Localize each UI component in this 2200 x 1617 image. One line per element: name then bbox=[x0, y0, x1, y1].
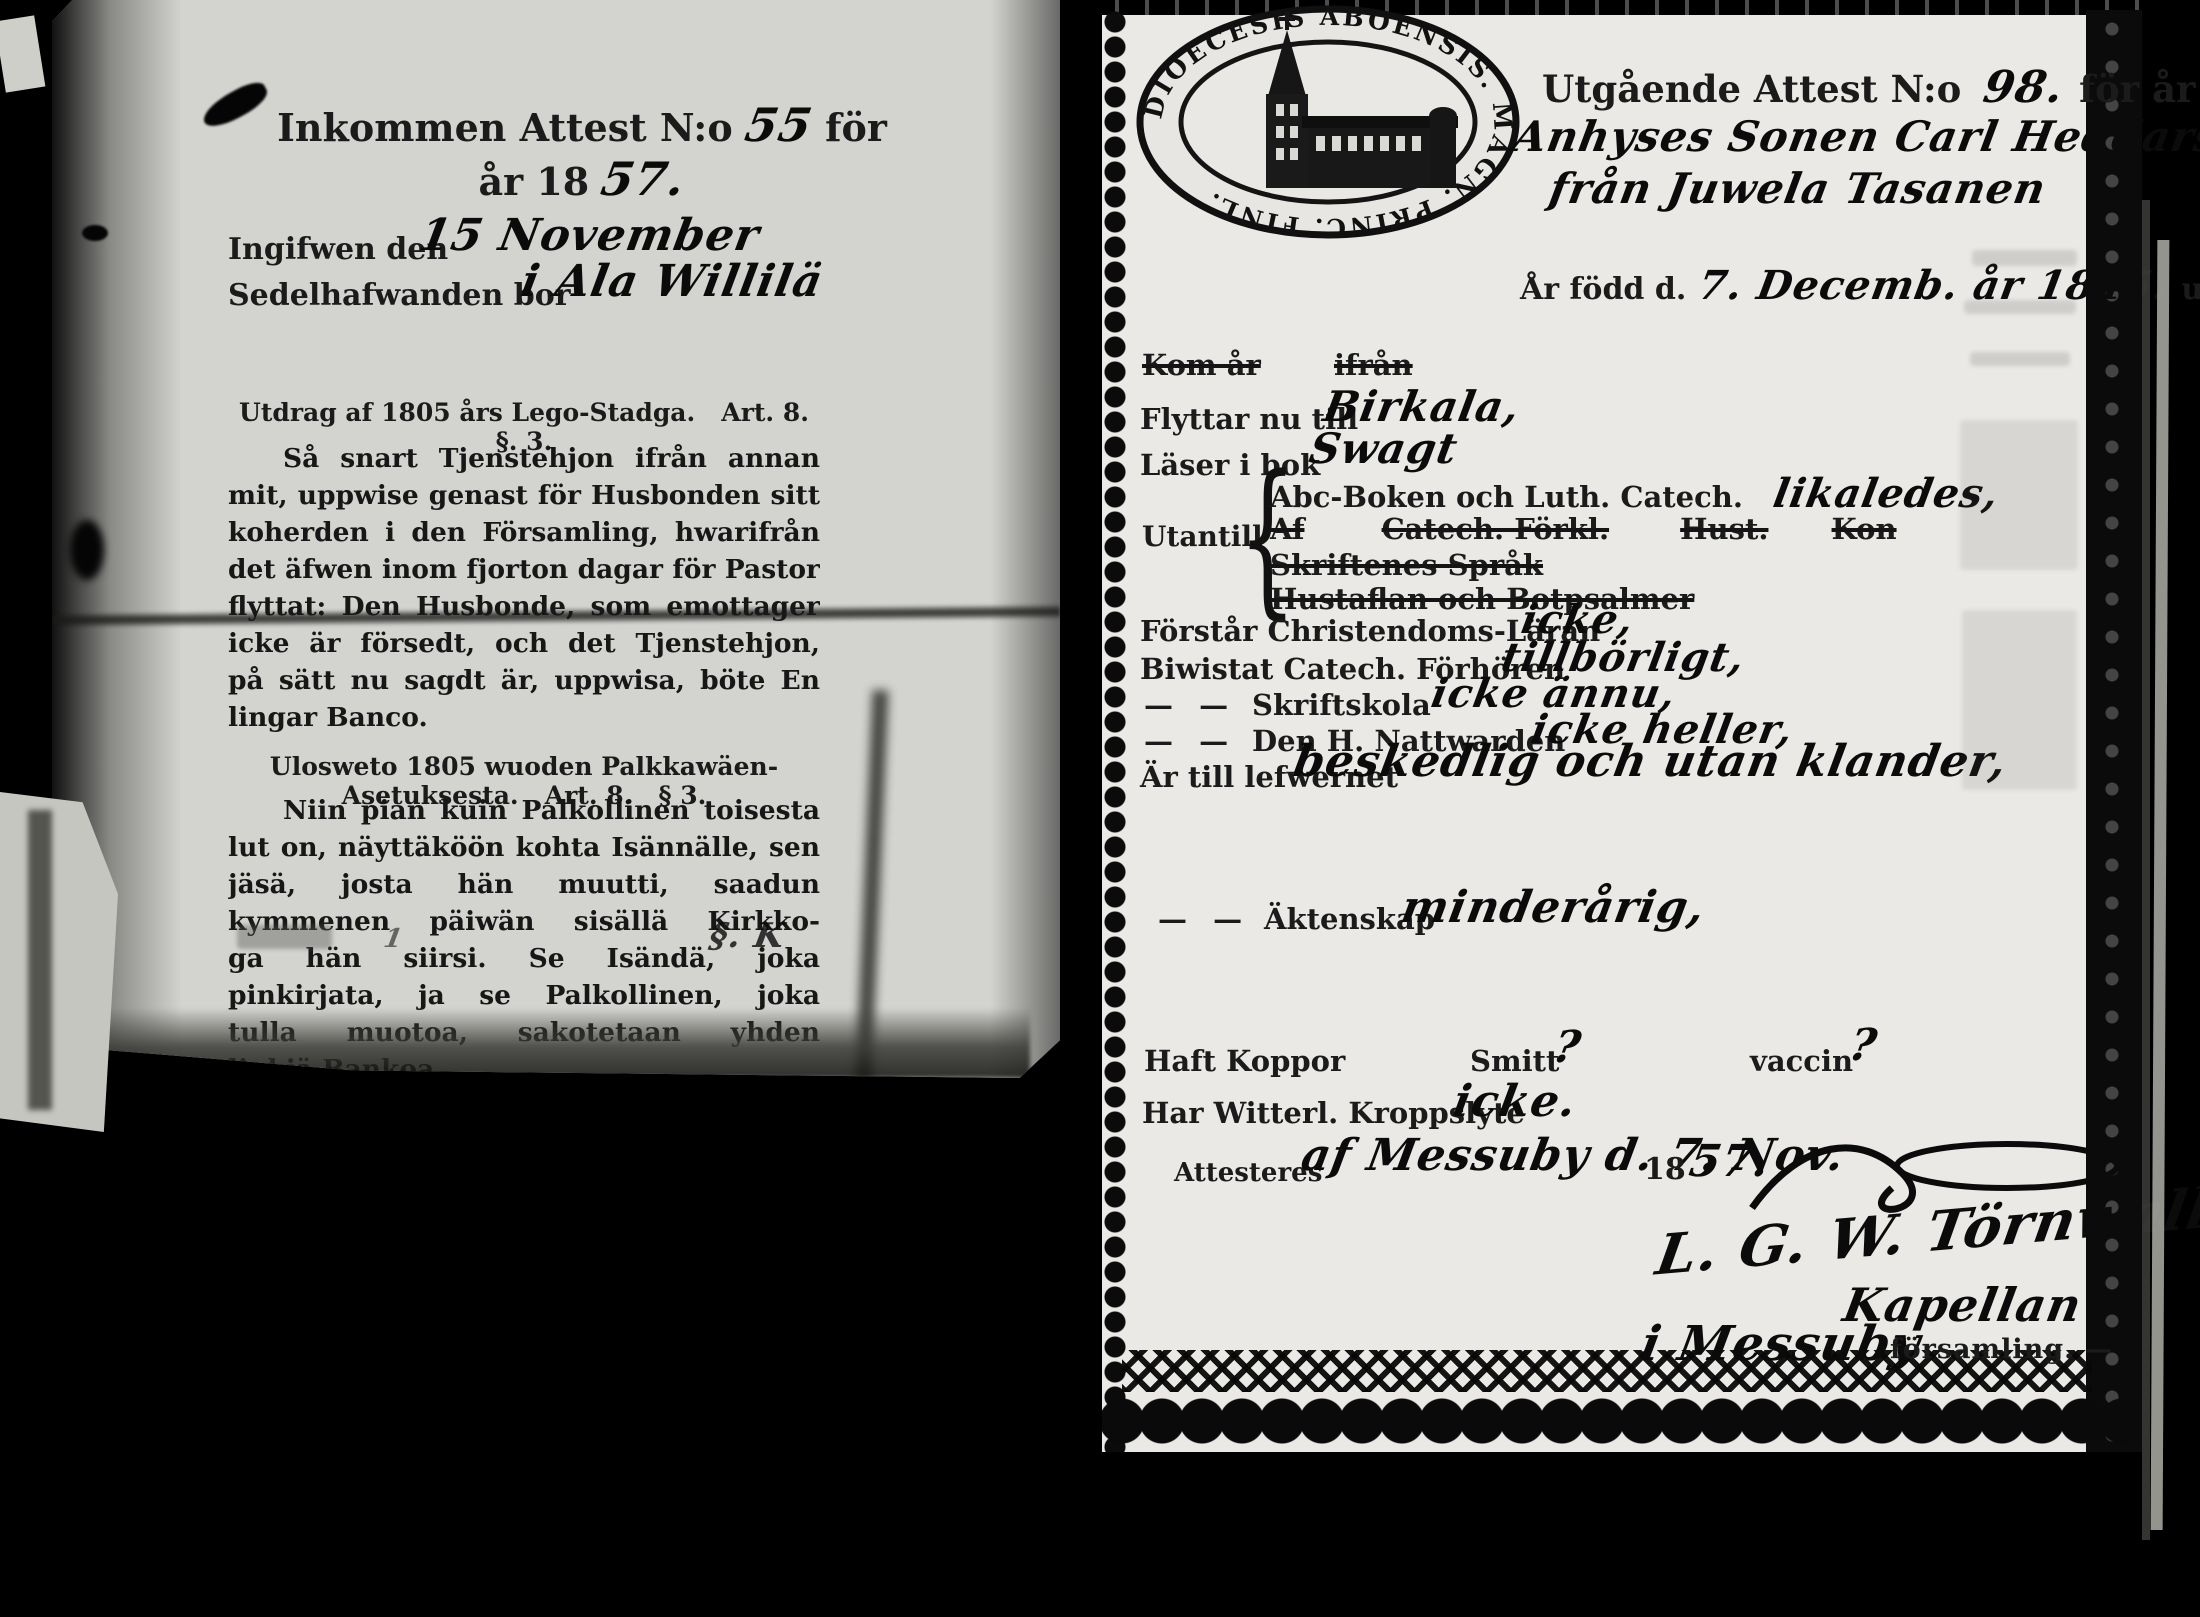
stain-blob bbox=[70, 520, 104, 580]
left-page: Inkommen Attest N:o 55 för år 18 57. Ing… bbox=[52, 0, 1060, 1078]
bleedthrough bbox=[1960, 420, 2078, 570]
utantill-row2-item: Af bbox=[1270, 512, 1304, 546]
utantill-row2-item: Catech. Förkl. bbox=[1382, 512, 1609, 546]
lace-border-left bbox=[1102, 10, 1129, 1452]
seal-graphic: DIOECESIS ABOENSIS. MAGN. PRINC. FINL. bbox=[1130, 4, 1526, 242]
origin-kom: Kom år bbox=[1142, 348, 1261, 382]
scanned-archive-spread: { "document": { "left_page": { "title": … bbox=[0, 0, 2200, 1617]
parish-printed: församling. — bbox=[1890, 1334, 2113, 1365]
right-header: Utgående Attest N:o 98. för år 18 57. bbox=[1542, 62, 2200, 113]
birth-line: År född d. 7. Decemb. år 1845. uti Messu… bbox=[1520, 262, 2200, 309]
confirmation-dash: — — bbox=[1144, 688, 1236, 722]
given-label: Ingifwen den bbox=[228, 232, 448, 267]
scallop-dot-band bbox=[1102, 1394, 2142, 1452]
person-line1: Anhyses Sonen Carl Heddarson bbox=[1510, 112, 2200, 161]
given-value: 15 November bbox=[416, 210, 764, 261]
origin-ifran: ifrån bbox=[1334, 348, 1413, 382]
page-edge-sliver-dark bbox=[28, 810, 52, 1110]
communion-dash: — — bbox=[1144, 724, 1236, 758]
bleedthrough bbox=[1970, 352, 2070, 366]
right-header-prefix: Utgående Attest N:o bbox=[1542, 67, 1961, 111]
bleedthrough bbox=[1962, 610, 2077, 790]
person-line2: från Juwela Tasanen bbox=[1546, 164, 2050, 213]
right-header-number: 98. bbox=[1980, 62, 2069, 113]
attest-printed-year: 18 bbox=[1644, 1152, 1686, 1187]
right-header-mid: för år 18 bbox=[2079, 67, 2200, 111]
right-page: DIOECESIS ABOENSIS. MAGN. PRINC. FINL. bbox=[1102, 0, 2142, 1452]
smitt-value: ? bbox=[1550, 1022, 1586, 1073]
conduct-value: beskedlig och utan klander, bbox=[1290, 736, 2012, 787]
smallpox-label: Haft Koppor bbox=[1144, 1044, 1345, 1078]
birth-label-in: uti bbox=[2181, 272, 2200, 307]
utantill-row1: Abc-Boken och Luth. Catech. likaledes, bbox=[1270, 470, 1999, 517]
marriage-dash: — — bbox=[1158, 902, 1250, 936]
utantill-row2-item: Kon bbox=[1832, 512, 1897, 546]
bottom-mottle bbox=[62, 1008, 1030, 1078]
utantill-row2: Af Catech. Förkl. Hust. Kon bbox=[1270, 512, 1897, 546]
parish-hw: i Messuby bbox=[1637, 1316, 1925, 1372]
marriage-value: minderårig, bbox=[1398, 882, 1710, 933]
book-edge-strip bbox=[2151, 240, 2170, 1530]
utantill-row2-item: Hust. bbox=[1680, 512, 1768, 546]
smitt-label: Smitt bbox=[1470, 1044, 1559, 1078]
confirmation-label: Skriftskola bbox=[1252, 688, 1431, 722]
right-edge-shadow bbox=[990, 0, 1060, 1078]
reads-value: Swagt bbox=[1306, 424, 1462, 473]
book-edge-strip-dark bbox=[2142, 200, 2150, 1540]
left-title: Inkommen Attest N:o 55 för år 18 57. bbox=[272, 98, 892, 206]
stain-blob bbox=[82, 225, 108, 241]
margin-smudge bbox=[237, 925, 332, 949]
holder-value: i Ala Willilä bbox=[518, 256, 827, 307]
utantill-row1-label: Abc-Boken och Luth. Catech. bbox=[1270, 480, 1743, 514]
left-title-prefix: Inkommen Attest N:o bbox=[277, 105, 733, 150]
bleedthrough bbox=[1964, 300, 2076, 314]
birth-date: 7. Decemb. år 1845. bbox=[1695, 262, 2172, 309]
margin-mark-right: §. K bbox=[706, 916, 788, 956]
left-title-number: 55 bbox=[741, 98, 817, 152]
left-title-year: 57. bbox=[598, 152, 691, 206]
diocese-seal: DIOECESIS ABOENSIS. MAGN. PRINC. FINL. bbox=[1130, 4, 1526, 242]
page-edge-sliver bbox=[0, 15, 45, 92]
vaccin-label: vaccin bbox=[1750, 1044, 1853, 1078]
vaccin-value: ? bbox=[1846, 1020, 1882, 1071]
birth-label: År född d. bbox=[1520, 272, 1686, 307]
swedish-paragraph: Så snart Tjenstehjon ifrån annan Socken … bbox=[228, 440, 820, 736]
ink-blob bbox=[198, 77, 272, 133]
defect-value: icke. bbox=[1450, 1076, 1581, 1127]
utantill-row3: Skriftenes Språk bbox=[1270, 548, 1543, 582]
bleedthrough bbox=[1972, 250, 2077, 266]
